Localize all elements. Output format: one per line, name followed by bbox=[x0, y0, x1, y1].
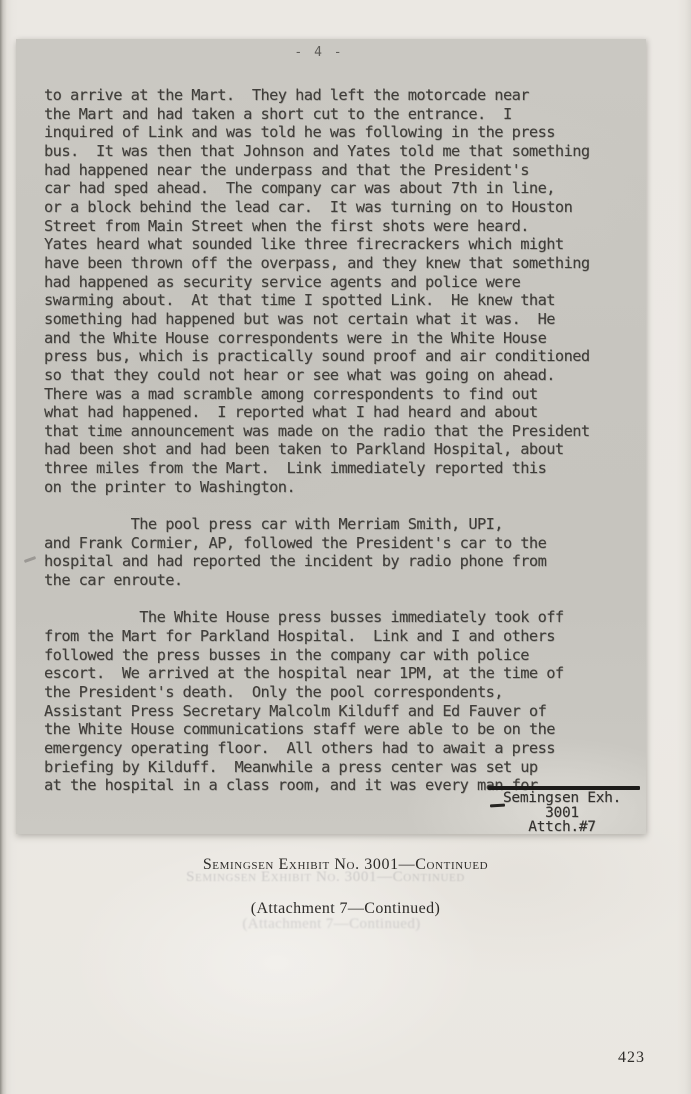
right-edge-shadow bbox=[677, 0, 691, 1094]
book-page: - 4 - to arrive at the Mart. They had le… bbox=[0, 0, 691, 1094]
book-page-number: 423 bbox=[618, 1049, 645, 1067]
exhibit-stamp-number: 3001 bbox=[478, 806, 646, 821]
exhibit-stamp-attachment: Attch.#7 bbox=[478, 820, 646, 835]
attachment-caption: (Attachment 7—Continued) bbox=[0, 900, 691, 918]
caption-bleedthrough-2: (Attachment 7—Continued) bbox=[0, 916, 677, 933]
exhibit-caption: Semingsen Exhibit No. 3001—Continued bbox=[0, 856, 691, 874]
typed-body-text: to arrive at the Mart. They had left the… bbox=[44, 86, 590, 795]
exhibit-stamp: Semingsen Exh. 3001 Attch.#7 bbox=[478, 791, 646, 835]
exhibit-stamp-name: Semingsen Exh. bbox=[478, 791, 646, 806]
scanned-document: - 4 - to arrive at the Mart. They had le… bbox=[16, 39, 646, 834]
scan-page-number: - 4 - bbox=[279, 45, 359, 60]
margin-smudge-mark bbox=[24, 556, 36, 563]
